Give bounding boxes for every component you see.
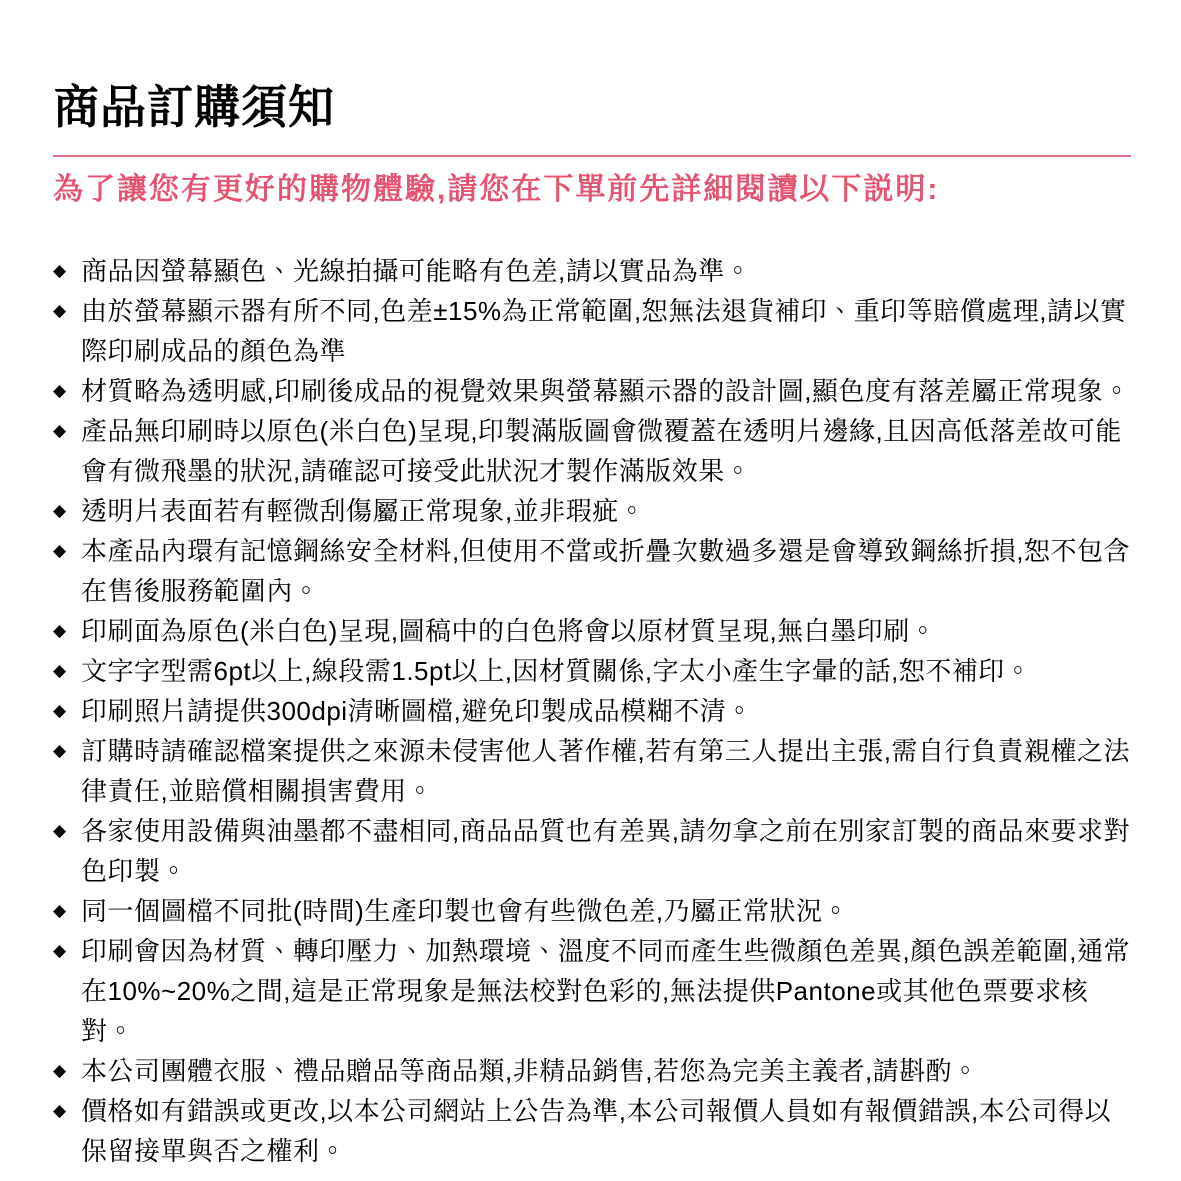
notice-text: 印刷會因為材質、轉印壓力、加熱環境、溫度不同而產生些微顏色差異,顏色誤差範圍,通…	[81, 931, 1131, 1051]
notice-item: ◆ 訂購時請確認檔案提供之來源未侵害他人著作權,若有第三人提出主張,需自行負責親…	[53, 731, 1131, 811]
notice-text: 產品無印刷時以原色(米白色)呈現,印製滿版圖會微覆蓋在透明片邊緣,且因高低落差故…	[81, 411, 1131, 491]
notice-text: 材質略為透明感,印刷後成品的視覺效果與螢幕顯示器的設計圖,顯色度有落差屬正常現象…	[81, 371, 1131, 411]
diamond-bullet-icon: ◆	[53, 611, 81, 651]
title-divider	[53, 155, 1131, 157]
notice-item: ◆ 由於螢幕顯示器有所不同,色差±15%為正常範圍,恕無法退貨補印、重印等賠償處…	[53, 291, 1131, 371]
diamond-bullet-icon: ◆	[53, 371, 81, 411]
diamond-bullet-icon: ◆	[53, 691, 81, 731]
diamond-bullet-icon: ◆	[53, 411, 81, 451]
notice-list: ◆ 商品因螢幕顯色、光線拍攝可能略有色差,請以實品為準。 ◆ 由於螢幕顯示器有所…	[53, 251, 1131, 1171]
diamond-bullet-icon: ◆	[53, 1051, 81, 1091]
notice-item: ◆ 價格如有錯誤或更改,以本公司網站上公告為準,本公司報價人員如有報價錯誤,本公…	[53, 1091, 1131, 1171]
notice-item: ◆ 材質略為透明感,印刷後成品的視覺效果與螢幕顯示器的設計圖,顯色度有落差屬正常…	[53, 371, 1131, 411]
notice-page: 商品訂購須知 為了讓您有更好的購物體驗,請您在下單前先詳細閱讀以下説明: ◆ 商…	[0, 0, 1181, 1181]
diamond-bullet-icon: ◆	[53, 1091, 81, 1131]
diamond-bullet-icon: ◆	[53, 291, 81, 331]
notice-item: ◆ 本公司團體衣服、禮品贈品等商品類,非精品銷售,若您為完美主義者,請斟酌。	[53, 1051, 1131, 1091]
notice-item: ◆ 各家使用設備與油墨都不盡相同,商品品質也有差異,請勿拿之前在別家訂製的商品來…	[53, 811, 1131, 891]
diamond-bullet-icon: ◆	[53, 531, 81, 571]
notice-item: ◆ 文字字型需6pt以上,線段需1.5pt以上,因材質關係,字太小產生字暈的話,…	[53, 651, 1131, 691]
notice-text: 各家使用設備與油墨都不盡相同,商品品質也有差異,請勿拿之前在別家訂製的商品來要求…	[81, 811, 1131, 891]
notice-item: ◆ 透明片表面若有輕微刮傷屬正常現象,並非瑕疵。	[53, 491, 1131, 531]
notice-text: 訂購時請確認檔案提供之來源未侵害他人著作權,若有第三人提出主張,需自行負責親權之…	[81, 731, 1131, 811]
page-title: 商品訂購須知	[53, 0, 1131, 135]
notice-item: ◆ 產品無印刷時以原色(米白色)呈現,印製滿版圖會微覆蓋在透明片邊緣,且因高低落…	[53, 411, 1131, 491]
diamond-bullet-icon: ◆	[53, 931, 81, 971]
diamond-bullet-icon: ◆	[53, 731, 81, 771]
notice-text: 印刷面為原色(米白色)呈現,圖稿中的白色將會以原材質呈現,無白墨印刷。	[81, 611, 1131, 651]
notice-text: 商品因螢幕顯色、光線拍攝可能略有色差,請以實品為準。	[81, 251, 1131, 291]
notice-text: 本產品內環有記憶鋼絲安全材料,但使用不當或折疊次數過多還是會導致鋼絲折損,恕不包…	[81, 531, 1131, 611]
notice-text: 透明片表面若有輕微刮傷屬正常現象,並非瑕疵。	[81, 491, 1131, 531]
notice-text: 本公司團體衣服、禮品贈品等商品類,非精品銷售,若您為完美主義者,請斟酌。	[81, 1051, 1131, 1091]
notice-item: ◆ 印刷照片請提供300dpi清晰圖檔,避免印製成品模糊不清。	[53, 691, 1131, 731]
diamond-bullet-icon: ◆	[53, 811, 81, 851]
notice-text: 文字字型需6pt以上,線段需1.5pt以上,因材質關係,字太小產生字暈的話,恕不…	[81, 651, 1131, 691]
intro-subtitle: 為了讓您有更好的購物體驗,請您在下單前先詳細閱讀以下説明:	[53, 169, 1131, 211]
notice-item: ◆ 印刷會因為材質、轉印壓力、加熱環境、溫度不同而產生些微顏色差異,顏色誤差範圍…	[53, 931, 1131, 1051]
notice-item: ◆ 同一個圖檔不同批(時間)生產印製也會有些微色差,乃屬正常狀況。	[53, 891, 1131, 931]
notice-item: ◆ 本產品內環有記憶鋼絲安全材料,但使用不當或折疊次數過多還是會導致鋼絲折損,恕…	[53, 531, 1131, 611]
notice-text: 印刷照片請提供300dpi清晰圖檔,避免印製成品模糊不清。	[81, 691, 1131, 731]
diamond-bullet-icon: ◆	[53, 251, 81, 291]
diamond-bullet-icon: ◆	[53, 651, 81, 691]
diamond-bullet-icon: ◆	[53, 491, 81, 531]
notice-text: 同一個圖檔不同批(時間)生產印製也會有些微色差,乃屬正常狀況。	[81, 891, 1131, 931]
diamond-bullet-icon: ◆	[53, 891, 81, 931]
notice-item: ◆ 印刷面為原色(米白色)呈現,圖稿中的白色將會以原材質呈現,無白墨印刷。	[53, 611, 1131, 651]
notice-text: 價格如有錯誤或更改,以本公司網站上公告為準,本公司報價人員如有報價錯誤,本公司得…	[81, 1091, 1131, 1171]
notice-item: ◆ 商品因螢幕顯色、光線拍攝可能略有色差,請以實品為準。	[53, 251, 1131, 291]
notice-text: 由於螢幕顯示器有所不同,色差±15%為正常範圍,恕無法退貨補印、重印等賠償處理,…	[81, 291, 1131, 371]
notice-content: 商品訂購須知 為了讓您有更好的購物體驗,請您在下單前先詳細閱讀以下説明: ◆ 商…	[0, 0, 1181, 1171]
